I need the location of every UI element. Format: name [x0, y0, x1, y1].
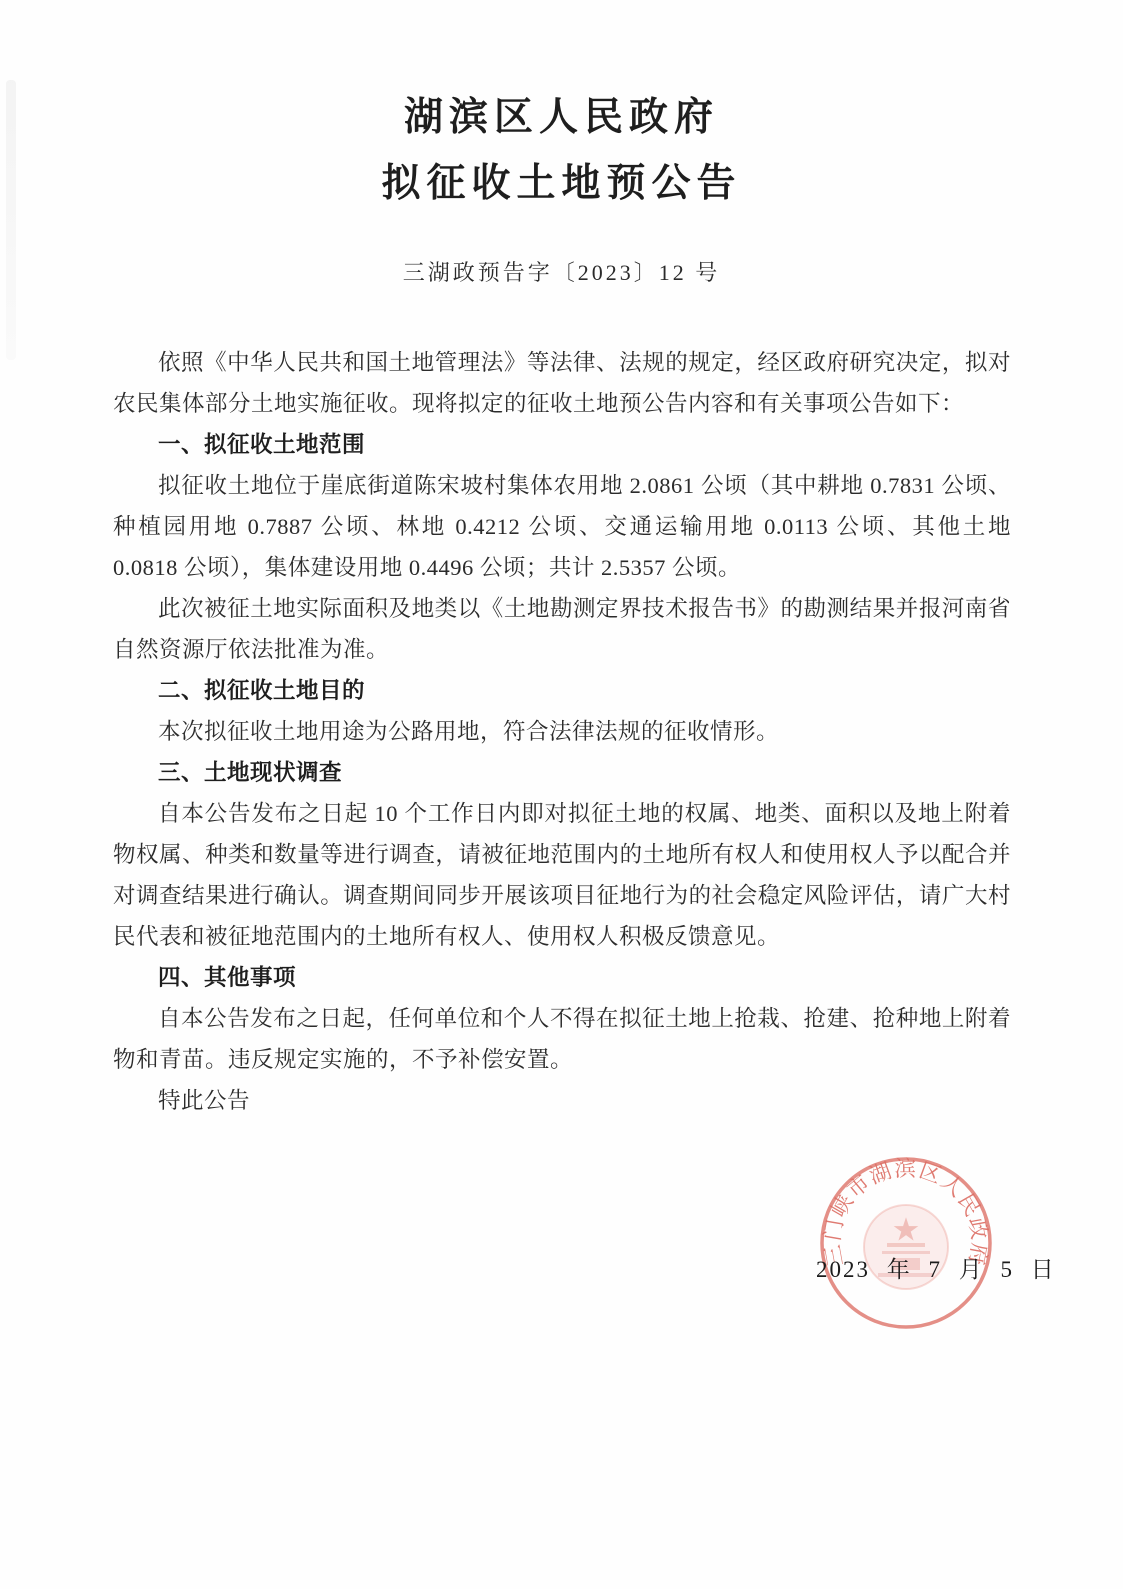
announcement-page: 湖滨区人民政府 拟征收土地预公告 三湖政预告字〔2023〕12 号 依照《中华人…: [0, 0, 1123, 1589]
section-heading: 二、拟征收土地目的: [113, 670, 1011, 711]
scan-artifact: [6, 80, 16, 360]
paragraph: 拟征收土地位于崖底街道陈宋坡村集体农用地 2.0861 公顷（其中耕地 0.78…: [113, 465, 1011, 588]
section-heading: 一、拟征收土地范围: [113, 424, 1011, 465]
paragraph: 自本公告发布之日起 10 个工作日内即对拟征土地的权属、地类、面积以及地上附着物…: [113, 793, 1011, 957]
paragraph: 依照《中华人民共和国土地管理法》等法律、法规的规定，经区政府研究决定，拟对农民集…: [113, 342, 1011, 424]
document-title-line2: 拟征收土地预公告: [0, 162, 1123, 206]
paragraph: 此次被征土地实际面积及地类以《土地勘测定界技术报告书》的勘测结果并报河南省自然资…: [113, 588, 1011, 670]
paragraph: 特此公告: [113, 1080, 1011, 1121]
official-seal: 三门峡市湖滨区人民政府: [818, 1155, 994, 1331]
official-seal-graphic: 三门峡市湖滨区人民政府: [818, 1155, 994, 1331]
document-number: 三湖政预告字〔2023〕12 号: [0, 260, 1123, 286]
section-heading: 三、土地现状调查: [113, 752, 1011, 793]
title-block: 湖滨区人民政府 拟征收土地预公告: [0, 0, 1123, 206]
document-title-line1: 湖滨区人民政府: [0, 96, 1123, 140]
document-body: 依照《中华人民共和国土地管理法》等法律、法规的规定，经区政府研究决定，拟对农民集…: [113, 342, 1011, 1121]
issue-date: 2023 年 7 月 5 日: [816, 1256, 1056, 1284]
section-heading: 四、其他事项: [113, 957, 1011, 998]
paragraph: 自本公告发布之日起，任何单位和个人不得在拟征土地上抢栽、抢建、抢种地上附着物和青…: [113, 998, 1011, 1080]
paragraph: 本次拟征收土地用途为公路用地，符合法律法规的征收情形。: [113, 711, 1011, 752]
